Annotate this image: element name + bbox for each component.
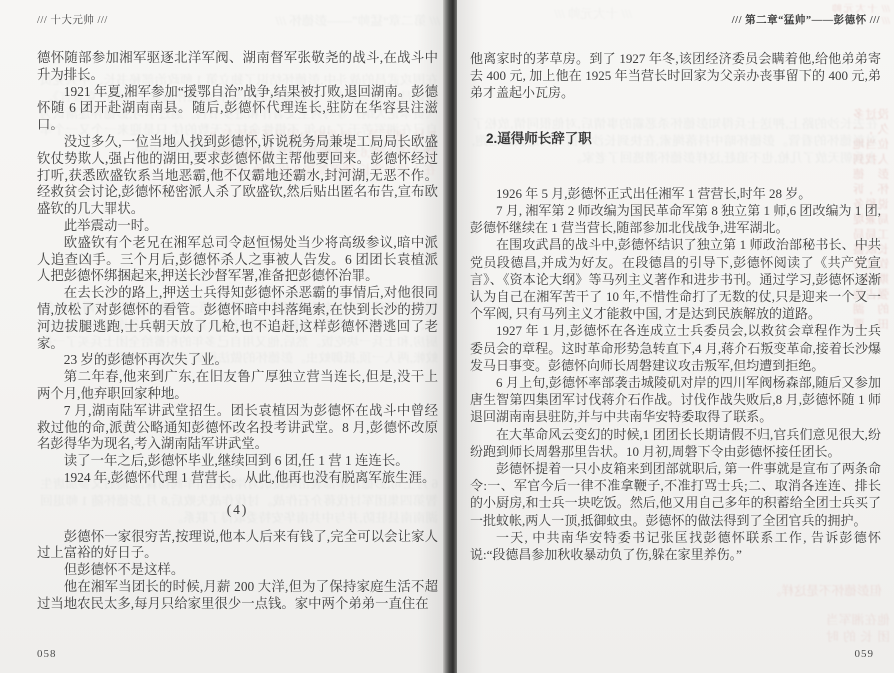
text-paragraph: 6 月上旬,彭德怀率部袭击城陵矶对岸的四川军阀杨森部,随后又参加唐生智第四集团军…	[470, 374, 881, 426]
running-head-left: /// 十大元帅 ///	[37, 12, 108, 27]
text-paragraph: 1926 年 5 月,彭德怀正式出任湘军 1 营营长,时年 28 岁。	[470, 185, 881, 202]
text-paragraph: 在大革命风云变幻的时候,1 团团长长期请假不归,官兵们意见很大,纷纷跑到师长周磐…	[470, 426, 881, 460]
running-head-right: /// 第二章“猛帅”——彭德怀 ///	[732, 12, 880, 27]
page-number-left: 058	[37, 648, 57, 660]
text-paragraph: 1927 年 1 月,彭德怀在各连成立士兵委员会,以救贫会章程作为士兵委员会的章…	[470, 322, 881, 374]
text-paragraph: 欧盛钦有个老兄在湘军总司令赵恒惕处当少将高级参议,暗中派人追查凶手。三个月后,彭…	[37, 235, 438, 285]
page-number-right: 059	[855, 648, 875, 660]
section-heading: 2.逼得师长辞了职	[486, 130, 881, 147]
book-spread: /// 十大元帅 /// /// 第二章“猛帅”——彭德怀 /// /// 第二…	[0, 0, 894, 673]
text-paragraph: 23 岁的彭德怀再次失了业。	[37, 352, 438, 369]
binding-gutter	[443, 0, 457, 673]
text-paragraph: 读了一年之后,彭德怀毕业,继续回到 6 团,任 1 营 1 连连长。	[37, 453, 438, 470]
text-paragraph: 彭德怀一家很穷苦,按理说,他本人后来有钱了,完全可以会让家人过上富裕的好日子。	[37, 529, 438, 563]
text-paragraph: 在围攻武昌的战斗中,彭德怀结识了独立第 1 师政治部秘书长、中共党员段德昌,并成…	[470, 236, 881, 322]
text-paragraph: 此举震动一时。	[37, 218, 438, 235]
left-page-body: 德怀随部参加湘军驱逐北洋军阀、湖南督军张敬尧的战斗,在战斗中升为排长。1921 …	[37, 50, 438, 613]
text-paragraph: 7 月, 湘军第 2 师改编为国民革命军第 8 独立第 1 师,6 团改编为 1…	[470, 202, 881, 236]
text-paragraph: 没过多久,一位当地人找到彭德怀,诉说税务局兼堤工局局长欧盛钦仗势欺人,强占他的湖…	[37, 134, 438, 218]
text-paragraph: 1921 年夏,湘军参加“援鄂自治”战争,结果被打败,退回湖南。彭德怀随 6 团…	[37, 84, 438, 134]
text-paragraph: 他在湘军当团长的时候,月薪 200 大洋,但为了保持家庭生活不超过当地农民太多,…	[37, 579, 438, 613]
text-paragraph: 彭德怀提着一只小皮箱来到团部就职后, 第一件事就是宣布了两条命令:一、军官今后一…	[470, 460, 881, 529]
section-heading: (4)	[37, 502, 438, 519]
text-paragraph: 第二年春,他来到广东,在旧友鲁广厚独立营当连长,但是,没干上两个月,他弃职回家种…	[37, 369, 438, 403]
right-page-body: 他离家时的茅草房。到了 1927 年冬,该团经济委员会瞒着他,给他弟弟寄去 40…	[470, 50, 881, 563]
text-paragraph: 7 月,湖南陆军讲武堂招生。团长袁植因为彭德怀在战斗中曾经救过他的命,派黄公略通…	[37, 403, 438, 453]
text-paragraph: 但彭德怀不是这样。	[37, 562, 438, 579]
text-paragraph: 一天, 中共南华安特委书记张匡找彭德怀联系工作, 告诉彭德怀说:“段德昌参加秋收…	[470, 529, 881, 563]
text-paragraph: 他离家时的茅草房。到了 1927 年冬,该团经济委员会瞒着他,给他弟弟寄去 40…	[470, 50, 881, 102]
text-paragraph: 在去长沙的路上,押送士兵得知彭德怀杀恶霸的事情后,对他很同情,放松了对彭德怀的看…	[37, 285, 438, 352]
text-paragraph: 1924 年,彭德怀代理 1 营营长。从此,他再也没有脱离军旅生涯。	[37, 470, 438, 487]
text-paragraph: 德怀随部参加湘军驱逐北洋军阀、湖南督军张敬尧的战斗,在战斗中升为排长。	[37, 50, 438, 84]
